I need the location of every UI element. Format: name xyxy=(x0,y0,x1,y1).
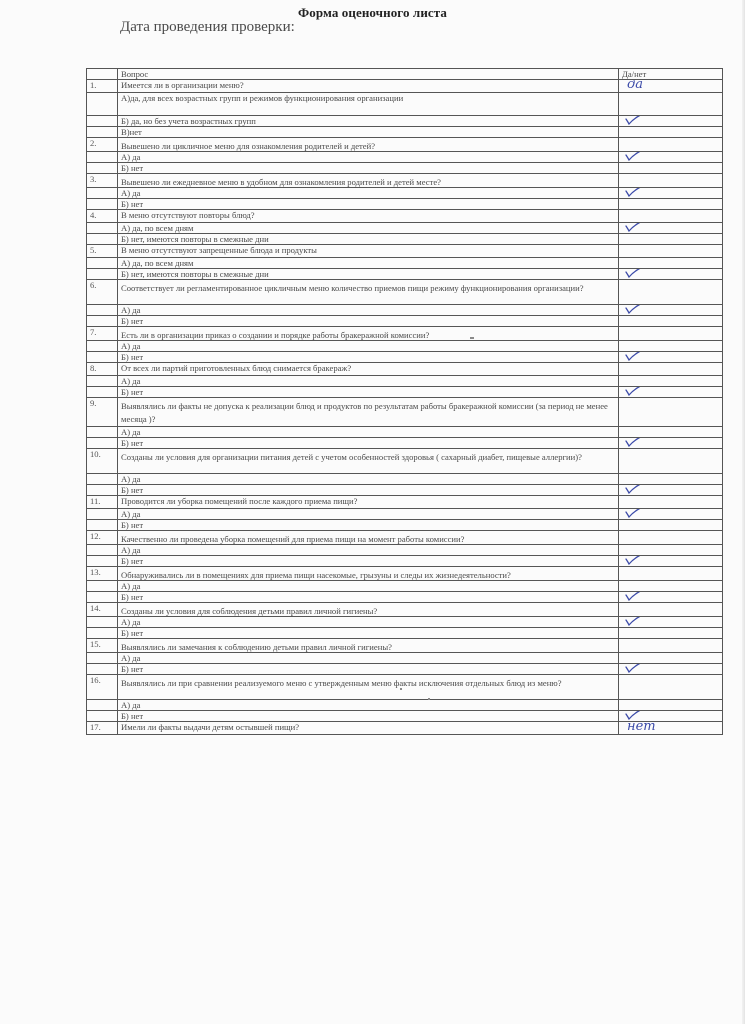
answer-cell[interactable] xyxy=(619,387,723,398)
question-row: 13. Обнаруживались ли в помещениях для п… xyxy=(87,567,723,581)
answer-cell[interactable] xyxy=(619,628,723,639)
question-number: 10. xyxy=(87,449,118,474)
answer-cell[interactable] xyxy=(619,449,723,474)
option-row: Б) нет xyxy=(87,485,723,496)
answer-cell[interactable] xyxy=(619,509,723,520)
answer-cell[interactable] xyxy=(619,496,723,509)
answer-cell[interactable] xyxy=(619,174,723,188)
option-row: А) да xyxy=(87,152,723,163)
question-text: Созданы ли условия для соблюдения детьми… xyxy=(118,603,619,617)
question-row: 6.Соответствует ли регламентированное ци… xyxy=(87,280,723,305)
answer-cell[interactable] xyxy=(619,639,723,653)
option-text: Б) нет xyxy=(118,438,619,449)
question-row: 14.Созданы ли условия для соблюдения дет… xyxy=(87,603,723,617)
option-text: Б) нет xyxy=(118,316,619,327)
answer-cell[interactable] xyxy=(619,711,723,722)
option-row: Б) нет, имеются повторы в смежные дни xyxy=(87,269,723,280)
answer-cell[interactable] xyxy=(619,341,723,352)
answer-cell[interactable] xyxy=(619,427,723,438)
answer-cell[interactable]: да xyxy=(619,80,723,93)
option-row: А) да xyxy=(87,305,723,316)
answer-cell[interactable] xyxy=(619,234,723,245)
option-text: А) да xyxy=(118,545,619,556)
answer-cell[interactable] xyxy=(619,223,723,234)
option-row: В)нет xyxy=(87,127,723,138)
option-row: Б) нет xyxy=(87,664,723,675)
option-text: А) да xyxy=(118,427,619,438)
option-text: Б) да, но без учета возрастных групп xyxy=(118,116,619,127)
table-header-row: Вопрос Да/нет xyxy=(87,69,723,80)
question-number: 14. xyxy=(87,603,118,617)
answer-cell[interactable] xyxy=(619,675,723,700)
scan-speck xyxy=(400,688,402,690)
question-number xyxy=(87,93,118,116)
question-number xyxy=(87,581,118,592)
question-number xyxy=(87,199,118,210)
answer-cell[interactable] xyxy=(619,474,723,485)
question-number xyxy=(87,305,118,316)
answer-cell[interactable] xyxy=(619,93,723,116)
question-number xyxy=(87,427,118,438)
option-row: А)да, для всех возрастных групп и режимо… xyxy=(87,93,723,116)
option-row: А) да xyxy=(87,509,723,520)
checkmark-icon xyxy=(625,556,647,567)
option-text: А) да xyxy=(118,700,619,711)
question-text: Выявлялись ли при сравнении реализуемого… xyxy=(118,675,619,700)
answer-cell[interactable] xyxy=(619,567,723,581)
question-number: 17. xyxy=(87,722,118,735)
answer-cell[interactable] xyxy=(619,700,723,711)
checkmark-icon xyxy=(625,485,647,496)
question-number xyxy=(87,352,118,363)
option-row: А) да xyxy=(87,700,723,711)
question-number xyxy=(87,485,118,496)
question-number xyxy=(87,474,118,485)
option-text: А) да xyxy=(118,617,619,628)
option-text: Б) нет xyxy=(118,387,619,398)
checkmark-icon xyxy=(625,223,647,234)
option-row: Б) нет xyxy=(87,520,723,531)
question-number xyxy=(87,223,118,234)
option-text: А) да xyxy=(118,653,619,664)
question-number: 1. xyxy=(87,80,118,93)
question-row: 5.В меню отсутствуют запрещенные блюда и… xyxy=(87,245,723,258)
option-text: Б) нет, имеются повторы в смежные дни xyxy=(118,234,619,245)
option-text: А) да, по всем дням xyxy=(118,258,619,269)
question-number xyxy=(87,592,118,603)
answer-cell[interactable] xyxy=(619,376,723,387)
question-number xyxy=(87,269,118,280)
option-row: А) да xyxy=(87,581,723,592)
question-number xyxy=(87,556,118,567)
question-number xyxy=(87,438,118,449)
option-row: А) да xyxy=(87,427,723,438)
answer-cell[interactable] xyxy=(619,352,723,363)
question-text: В меню отсутствуют повторы блюд? xyxy=(118,210,619,223)
option-row: Б) нет xyxy=(87,438,723,449)
answer-cell[interactable] xyxy=(619,581,723,592)
answer-cell[interactable] xyxy=(619,485,723,496)
answer-cell[interactable] xyxy=(619,188,723,199)
option-text: А) да xyxy=(118,341,619,352)
question-text: Проводится ли уборка помещений после каж… xyxy=(118,496,619,509)
answer-cell[interactable] xyxy=(619,398,723,427)
question-row: 8.От всех ли партий приготовленных блюд … xyxy=(87,363,723,376)
answer-cell[interactable] xyxy=(619,327,723,341)
question-number xyxy=(87,163,118,174)
question-text: Соответствует ли регламентированное цикл… xyxy=(118,280,619,305)
option-text: А) да xyxy=(118,474,619,485)
question-text: Есть ли в организации приказ о создании … xyxy=(118,327,619,341)
handwritten-answer: да xyxy=(627,80,643,92)
handwritten-answer: нет xyxy=(627,722,656,734)
question-number: 6. xyxy=(87,280,118,305)
document-title: Форма оценочного листа xyxy=(0,5,745,21)
option-text: Б) нет xyxy=(118,628,619,639)
answer-cell[interactable] xyxy=(619,545,723,556)
answer-cell[interactable] xyxy=(619,305,723,316)
question-text: Обнаруживались ли в помещениях для прием… xyxy=(118,567,619,581)
answer-cell[interactable] xyxy=(619,592,723,603)
option-row: А) да xyxy=(87,376,723,387)
option-text: А) да xyxy=(118,152,619,163)
question-text: Имеется ли в организации меню? xyxy=(118,80,619,93)
question-text: Вывешено ли цикличное меню для ознакомле… xyxy=(118,138,619,152)
answer-cell[interactable] xyxy=(619,653,723,664)
option-text: А) да xyxy=(118,305,619,316)
scan-speck xyxy=(470,337,474,339)
option-row: Б) нет xyxy=(87,316,723,327)
question-row: 7.Есть ли в организации приказ о создани… xyxy=(87,327,723,341)
question-text: Выявлялись ли замечания к соблюдению дет… xyxy=(118,639,619,653)
question-number xyxy=(87,545,118,556)
answer-cell[interactable] xyxy=(619,127,723,138)
checkmark-icon xyxy=(625,509,647,520)
option-text: А) да xyxy=(118,509,619,520)
answer-cell[interactable]: нет xyxy=(619,722,723,735)
question-number xyxy=(87,116,118,127)
header-number xyxy=(87,69,118,80)
question-number xyxy=(87,617,118,628)
option-row: Б) нет xyxy=(87,711,723,722)
option-text: А) да xyxy=(118,188,619,199)
question-number xyxy=(87,258,118,269)
question-number xyxy=(87,376,118,387)
answer-cell[interactable] xyxy=(619,163,723,174)
checkmark-icon xyxy=(625,711,647,722)
question-text: Качественно ли проведена уборка помещени… xyxy=(118,531,619,545)
option-row: А) да xyxy=(87,617,723,628)
header-answer: Да/нет xyxy=(619,69,723,80)
option-row: Б) нет xyxy=(87,199,723,210)
question-row: 10.Созданы ли условия для организации пи… xyxy=(87,449,723,474)
question-number xyxy=(87,341,118,352)
question-number xyxy=(87,711,118,722)
question-number xyxy=(87,509,118,520)
checkmark-icon xyxy=(625,305,647,316)
answer-cell[interactable] xyxy=(619,116,723,127)
option-row: А) да xyxy=(87,653,723,664)
question-row: 17.Имели ли факты выдачи детям остывшей … xyxy=(87,722,723,735)
option-row: Б) да, но без учета возрастных групп xyxy=(87,116,723,127)
question-row: 1.Имеется ли в организации меню?да xyxy=(87,80,723,93)
answer-cell[interactable] xyxy=(619,199,723,210)
question-text: Созданы ли условия для организации питан… xyxy=(118,449,619,474)
option-text: А) да xyxy=(118,581,619,592)
answer-cell[interactable] xyxy=(619,438,723,449)
question-number: 15. xyxy=(87,639,118,653)
question-number xyxy=(87,387,118,398)
answer-cell[interactable] xyxy=(619,520,723,531)
checkmark-icon xyxy=(625,387,647,398)
question-number: 9. xyxy=(87,398,118,427)
option-text: В)нет xyxy=(118,127,619,138)
option-text: Б) нет xyxy=(118,556,619,567)
answer-cell[interactable] xyxy=(619,138,723,152)
question-number: 3. xyxy=(87,174,118,188)
inspection-date-label: Дата проведения проверки: xyxy=(120,19,295,36)
answer-cell[interactable] xyxy=(619,556,723,567)
checkmark-icon xyxy=(625,438,647,449)
option-row: Б) нет xyxy=(87,592,723,603)
question-row: 16.Выявлялись ли при сравнении реализуем… xyxy=(87,675,723,700)
question-row: 4.В меню отсутствуют повторы блюд? xyxy=(87,210,723,223)
checkmark-icon xyxy=(625,269,647,280)
option-row: А) да xyxy=(87,188,723,199)
answer-cell[interactable] xyxy=(619,664,723,675)
option-row: А) да xyxy=(87,341,723,352)
option-row: А) да xyxy=(87,474,723,485)
option-text: Б) нет, имеются повторы в смежные дни xyxy=(118,269,619,280)
option-text: Б) нет xyxy=(118,485,619,496)
option-row: А) да, по всем дням xyxy=(87,223,723,234)
option-text: А) да, по всем дням xyxy=(118,223,619,234)
checkmark-icon xyxy=(625,664,647,675)
answer-cell[interactable] xyxy=(619,603,723,617)
answer-cell[interactable] xyxy=(619,316,723,327)
question-number: 4. xyxy=(87,210,118,223)
answer-cell[interactable] xyxy=(619,210,723,223)
question-number: 13. xyxy=(87,567,118,581)
evaluation-table: Вопрос Да/нет 1.Имеется ли в организации… xyxy=(86,68,723,735)
question-number xyxy=(87,188,118,199)
option-text: Б) нет xyxy=(118,520,619,531)
option-row: Б) нет xyxy=(87,556,723,567)
question-number: 12. xyxy=(87,531,118,545)
question-number xyxy=(87,234,118,245)
question-number xyxy=(87,152,118,163)
question-number xyxy=(87,316,118,327)
checkmark-icon xyxy=(625,152,647,163)
option-text: Б) нет xyxy=(118,163,619,174)
option-row: А) да xyxy=(87,545,723,556)
option-text: Б) нет xyxy=(118,664,619,675)
answer-cell[interactable] xyxy=(619,531,723,545)
question-row: 11.Проводится ли уборка помещений после … xyxy=(87,496,723,509)
question-row: 15.Выявлялись ли замечания к соблюдению … xyxy=(87,639,723,653)
option-row: А) да, по всем дням xyxy=(87,258,723,269)
question-number xyxy=(87,628,118,639)
question-number: 5. xyxy=(87,245,118,258)
header-question: Вопрос xyxy=(118,69,619,80)
option-text: Б) нет xyxy=(118,711,619,722)
question-number: 11. xyxy=(87,496,118,509)
option-text: Б) нет xyxy=(118,352,619,363)
checkmark-icon xyxy=(625,188,647,199)
checkmark-icon xyxy=(625,592,647,603)
answer-cell[interactable] xyxy=(619,152,723,163)
question-row: 9.Выявлялись ли факты не допуска к реали… xyxy=(87,398,723,427)
question-text: Выявлялись ли факты не допуска к реализа… xyxy=(118,398,619,427)
answer-cell[interactable] xyxy=(619,269,723,280)
question-text: В меню отсутствуют запрещенные блюда и п… xyxy=(118,245,619,258)
answer-cell[interactable] xyxy=(619,245,723,258)
question-text: От всех ли партий приготовленных блюд сн… xyxy=(118,363,619,376)
option-row: Б) нет, имеются повторы в смежные дни xyxy=(87,234,723,245)
option-row: Б) нет xyxy=(87,628,723,639)
question-number: 2. xyxy=(87,138,118,152)
option-text: Б) нет xyxy=(118,199,619,210)
question-row: 12.Качественно ли проведена уборка помещ… xyxy=(87,531,723,545)
scan-speck xyxy=(428,698,430,700)
answer-cell[interactable] xyxy=(619,617,723,628)
question-number: 16. xyxy=(87,675,118,700)
question-row: 3.Вывешено ли ежедневное меню в удобном … xyxy=(87,174,723,188)
option-text: А)да, для всех возрастных групп и режимо… xyxy=(118,93,619,116)
option-row: Б) нет xyxy=(87,387,723,398)
option-row: Б) нет xyxy=(87,163,723,174)
answer-cell[interactable] xyxy=(619,258,723,269)
question-number xyxy=(87,700,118,711)
question-number xyxy=(87,653,118,664)
question-row: 2.Вывешено ли цикличное меню для ознаком… xyxy=(87,138,723,152)
question-text: Вывешено ли ежедневное меню в удобном дл… xyxy=(118,174,619,188)
answer-cell[interactable] xyxy=(619,363,723,376)
checkmark-icon xyxy=(625,617,647,628)
checkmark-icon xyxy=(625,116,647,127)
question-number xyxy=(87,520,118,531)
question-number xyxy=(87,127,118,138)
option-text: Б) нет xyxy=(118,592,619,603)
checkmark-icon xyxy=(625,352,647,363)
question-number: 8. xyxy=(87,363,118,376)
answer-cell[interactable] xyxy=(619,280,723,305)
question-text: Имели ли факты выдачи детям остывшей пищ… xyxy=(118,722,619,735)
question-number: 7. xyxy=(87,327,118,341)
option-row: Б) нет xyxy=(87,352,723,363)
question-number xyxy=(87,664,118,675)
option-text: А) да xyxy=(118,376,619,387)
